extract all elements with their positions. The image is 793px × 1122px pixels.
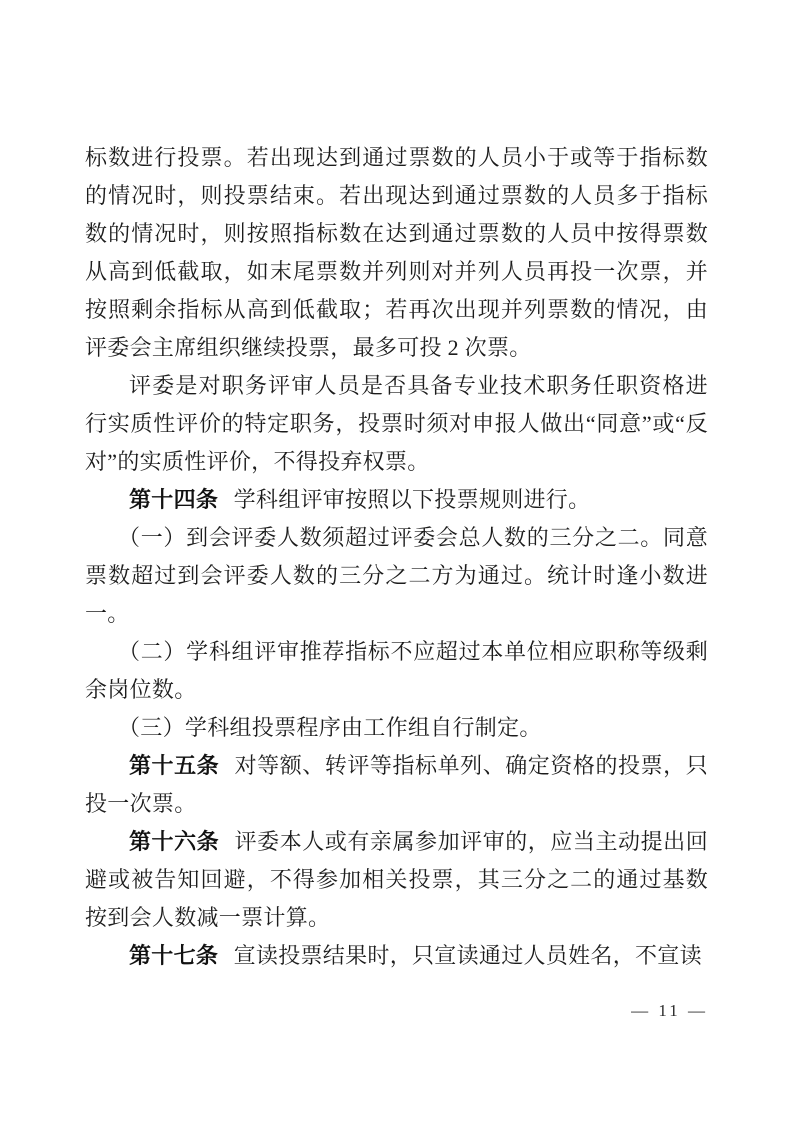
paragraph-text: （二）学科组评审推荐指标不应超过本单位相应职称等级剩余岗位数。: [85, 639, 708, 702]
article-paragraph: 第十七条宣读投票结果时，只宣读通过人员姓名，不宣读: [85, 937, 708, 975]
paragraph-text: 学科组评审按照以下投票规则进行。: [234, 487, 591, 512]
document-page: 标数进行投票。若出现达到通过票数的人员小于或等于指标数的情况时，则投票结束。若出…: [0, 0, 793, 1122]
paragraph-text: 宣读投票结果时，只宣读通过人员姓名，不宣读: [234, 943, 702, 968]
paragraph-text: 标数进行投票。若出现达到通过票数的人员小于或等于指标数的情况时，则投票结束。若出…: [85, 145, 708, 360]
paragraph: 标数进行投票。若出现达到通过票数的人员小于或等于指标数的情况时，则投票结束。若出…: [85, 139, 708, 367]
paragraph-text: 评委是对职务评审人员是否具备专业技术职务任职资格进行实质性评价的特定职务，投票时…: [85, 373, 708, 474]
paragraph: （一）到会评委人数须超过评委会总人数的三分之二。同意票数超过到会评委人数的三分之…: [85, 519, 708, 633]
document-body: 标数进行投票。若出现达到通过票数的人员小于或等于指标数的情况时，则投票结束。若出…: [85, 139, 708, 975]
article-number: 第十七条: [129, 943, 218, 968]
paragraph-text: （三）学科组投票程序由工作组自行制定。: [118, 715, 542, 740]
article-paragraph: 第十四条学科组评审按照以下投票规则进行。: [85, 481, 708, 519]
paragraph: （三）学科组投票程序由工作组自行制定。: [85, 709, 708, 747]
article-number: 第十六条: [129, 829, 219, 854]
article-number: 第十五条: [129, 753, 219, 778]
paragraph: 评委是对职务评审人员是否具备专业技术职务任职资格进行实质性评价的特定职务，投票时…: [85, 367, 708, 481]
article-number: 第十四条: [129, 487, 218, 512]
paragraph: （二）学科组评审推荐指标不应超过本单位相应职称等级剩余岗位数。: [85, 633, 708, 709]
paragraph-text: （一）到会评委人数须超过评委会总人数的三分之二。同意票数超过到会评委人数的三分之…: [85, 525, 708, 626]
article-paragraph: 第十五条对等额、转评等指标单列、确定资格的投票，只投一次票。: [85, 747, 708, 823]
page-number: — 11 —: [631, 1000, 708, 1022]
article-paragraph: 第十六条评委本人或有亲属参加评审的，应当主动提出回避或被告知回避，不得参加相关投…: [85, 823, 708, 937]
